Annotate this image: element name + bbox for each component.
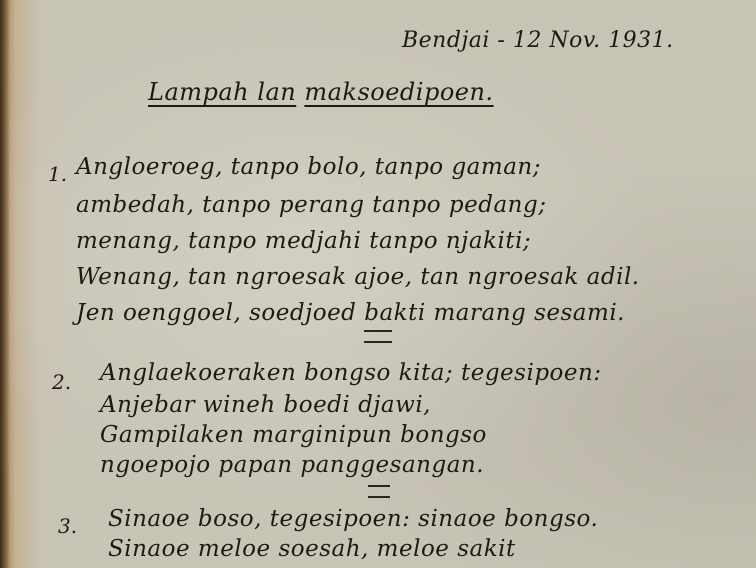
section-3-line-2: Sinaoe meloe soesah, meloe sakit: [108, 536, 516, 562]
section-separator: [368, 485, 390, 498]
section-1-number: 1.: [48, 162, 67, 186]
title-part-1: Lampah lan: [148, 78, 296, 106]
section-1-line-5: Jen oenggoel, soedjoed bakti marang sesa…: [76, 300, 625, 326]
section-2-line-4: ngoepojo papan panggesangan.: [100, 452, 484, 478]
section-1-line-4: Wenang, tan ngroesak ajoe, tan ngroesak …: [76, 264, 640, 290]
section-3-number: 3.: [58, 514, 77, 538]
manuscript-page: Bendjai - 12 Nov. 1931. Lampah lan makso…: [0, 0, 756, 568]
section-1-line-2: ambedah, tanpo perang tanpo pedang;: [76, 192, 546, 218]
section-1-line-3: menang, tanpo medjahi tanpo njakiti;: [76, 228, 531, 254]
header-date: Bendjai - 12 Nov. 1931.: [402, 28, 674, 53]
section-2-number: 2.: [52, 370, 71, 394]
page-title: Lampah lan maksoedipoen.: [148, 78, 494, 106]
section-1-line-1: Angloeroeg, tanpo bolo, tanpo gaman;: [76, 154, 541, 180]
section-3-line-1: Sinaoe boso, tegesipoen: sinaoe bongso.: [108, 506, 598, 532]
section-2-line-1: Anglaekoeraken bongso kita; tegesipoen:: [100, 360, 602, 386]
section-separator: [364, 330, 392, 343]
page-binding-edge: [0, 0, 10, 568]
section-2-line-2: Anjebar wineh boedi djawi,: [100, 392, 431, 418]
title-part-2: maksoedipoen.: [304, 78, 493, 106]
section-2-line-3: Gampilaken marginipun bongso: [100, 422, 487, 448]
